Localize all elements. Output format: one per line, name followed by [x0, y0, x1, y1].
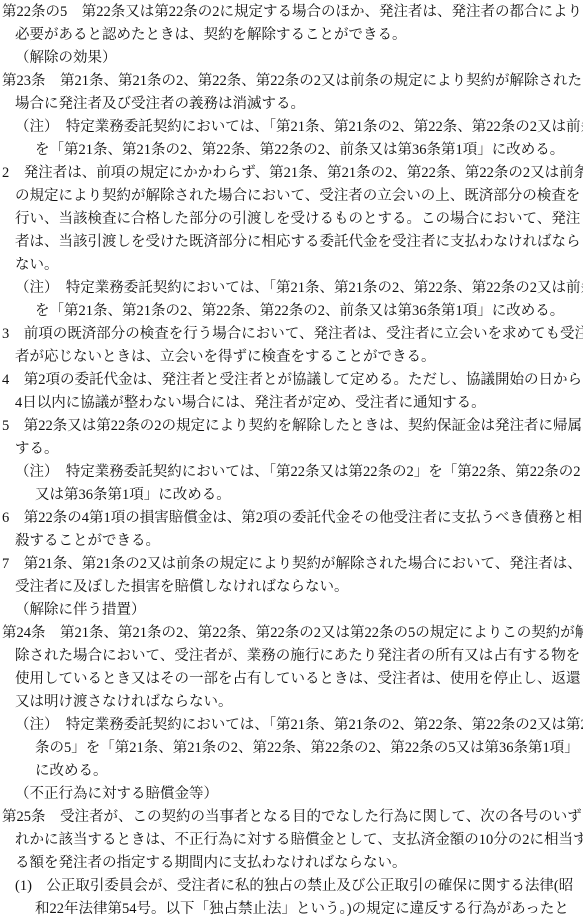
text-line: 7 第21条、第21条の2又は前条の規定により契約が解除された場合において、発注… — [0, 553, 583, 576]
text-line: る額を発注者の指定する期間内に支払わなければならない。 — [0, 852, 583, 875]
text-line: 和22年法律第54号。以下「独占禁止法」という。)の規定に違反する行為があったと — [0, 898, 583, 921]
document-page: 第22条の5 第22条又は第22条の2に規定する場合のほか、発注者は、発注者の都… — [0, 0, 583, 921]
text-line: 場合に発注者及び受注者の義務は消滅する。 — [0, 93, 583, 116]
text-line: 3 前項の既済部分の検査を行う場合において、発注者は、受注者に立会いを求めても受… — [0, 323, 583, 346]
text-line: 第23条 第21条、第21条の2、第22条、第22条の2又は前条の規定により契約… — [0, 70, 583, 93]
text-line: （解除の効果） — [0, 47, 583, 70]
text-line: 使用しているとき又はその一部を占有しているときは、受注者は、使用を停止し、返還 — [0, 668, 583, 691]
text-line: 又は明け渡さなければならない。 — [0, 691, 583, 714]
text-line: に改める。 — [0, 760, 583, 783]
text-line: を「第21条、第21条の2、第22条、第22条の2、前条又は第36条第1項」に改… — [0, 300, 583, 323]
text-line: を「第21条、第21条の2、第22条、第22条の2、前条又は第36条第1項」に改… — [0, 139, 583, 162]
document-body: 第22条の5 第22条又は第22条の2に規定する場合のほか、発注者は、発注者の都… — [0, 1, 583, 921]
text-line: （不正行為に対する賠償金等） — [0, 783, 583, 806]
text-line: する。 — [0, 438, 583, 461]
text-line: 又は第36条第1項」に改める。 — [0, 484, 583, 507]
text-line: 第24条 第21条、第21条の2、第22条、第22条の2又は第22条の5の規定に… — [0, 622, 583, 645]
text-line: 5 第22条又は第22条の2の規定により契約を解除したときは、契約保証金は発注者… — [0, 415, 583, 438]
text-line: （注） 特定業務委託契約においては、「第22条又は第22条の2」を「第22条、第… — [0, 461, 583, 484]
text-line: （注） 特定業務委託契約においては、「第21条、第21条の2、第22条、第22条… — [0, 116, 583, 139]
text-line: ない。 — [0, 254, 583, 277]
text-line: 6 第22条の4第1項の損害賠償金は、第2項の委託代金その他受注者に支払うべき債… — [0, 507, 583, 530]
text-line: 者は、当該引渡しを受けた既済部分に相応する委託代金を受注者に支払わなければなら — [0, 231, 583, 254]
text-line: 除された場合において、受注者が、業務の施行にあたり発注者の所有又は占有する物を — [0, 645, 583, 668]
text-line: 第25条 受注者が、この契約の当事者となる目的でなした行為に関して、次の各号のい… — [0, 806, 583, 829]
text-line: 行い、当該検査に合格した部分の引渡しを受けるものとする。この場合において、発注 — [0, 208, 583, 231]
text-line: の規定により契約が解除された場合において、受注者の立会いの上、既済部分の検査を — [0, 185, 583, 208]
text-line: (1) 公正取引委員会が、受注者に私的独占の禁止及び公正取引の確保に関する法律(… — [0, 875, 583, 898]
text-line: 条の5」を「第21条、第21条の2、第22条、第22条の2、第22条の5又は第3… — [0, 737, 583, 760]
text-line: 4日以内に協議が整わない場合には、発注者が定め、受注者に通知する。 — [0, 392, 583, 415]
text-line: （注） 特定業務委託契約においては、「第21条、第21条の2、第22条、第22条… — [0, 277, 583, 300]
text-line: 4 第2項の委託代金は、発注者と受注者とが協議して定める。ただし、協議開始の日か… — [0, 369, 583, 392]
text-line: 者が応じないときは、立会いを得ずに検査をすることができる。 — [0, 346, 583, 369]
text-line: 第22条の5 第22条又は第22条の2に規定する場合のほか、発注者は、発注者の都… — [0, 1, 583, 24]
text-line: （解除に伴う措置） — [0, 599, 583, 622]
text-line: 2 発注者は、前項の規定にかかわらず、第21条、第21条の2、第22条、第22条… — [0, 162, 583, 185]
text-line: れかに該当するときは、不正行為に対する賠償金として、支払済金額の10分の2に相当… — [0, 829, 583, 852]
text-line: （注） 特定業務委託契約においては、「第21条、第21条の2、第22条、第22条… — [0, 714, 583, 737]
text-line: 受注者に及ぼした損害を賠償しなければならない。 — [0, 576, 583, 599]
text-line: 必要があると認めたときは、契約を解除することができる。 — [0, 24, 583, 47]
text-line: 殺することができる。 — [0, 530, 583, 553]
